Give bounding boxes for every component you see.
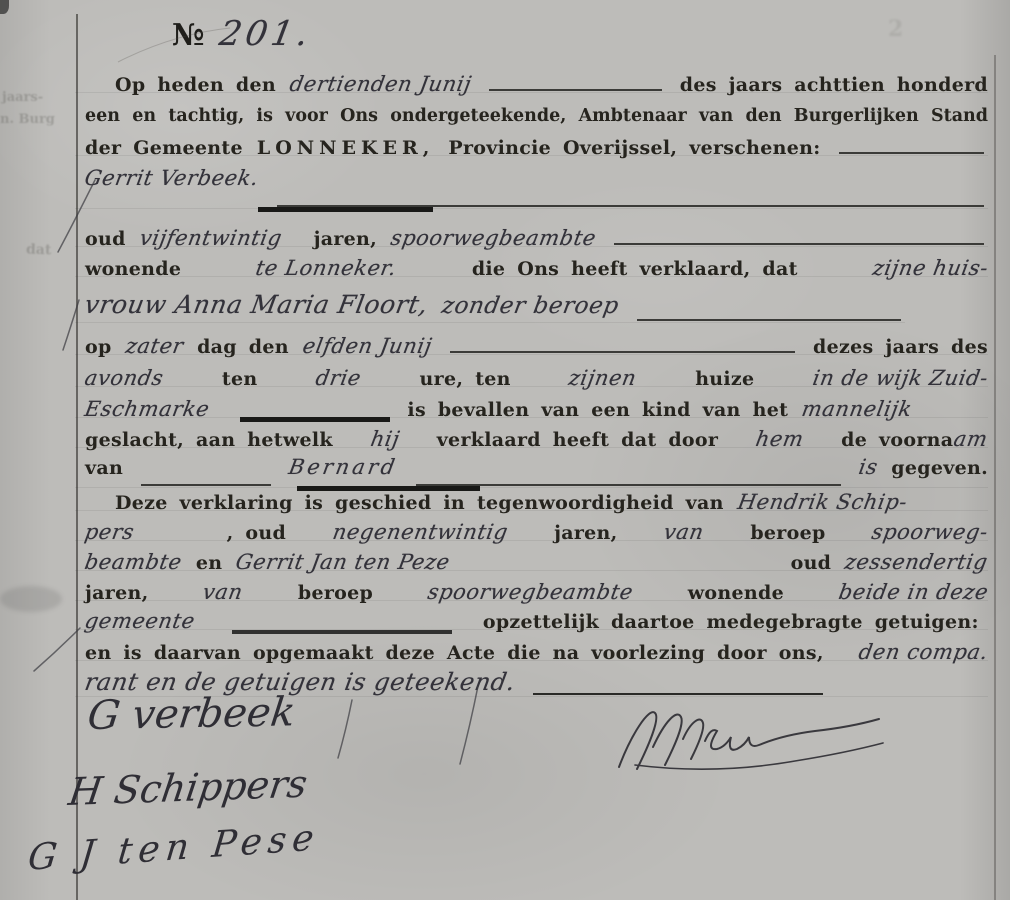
pen-stroke-flourishes [0, 0, 1010, 900]
birth-certificate-scan: jaars- n. Burg dat 2 № 201. Op heden den… [0, 0, 1010, 900]
